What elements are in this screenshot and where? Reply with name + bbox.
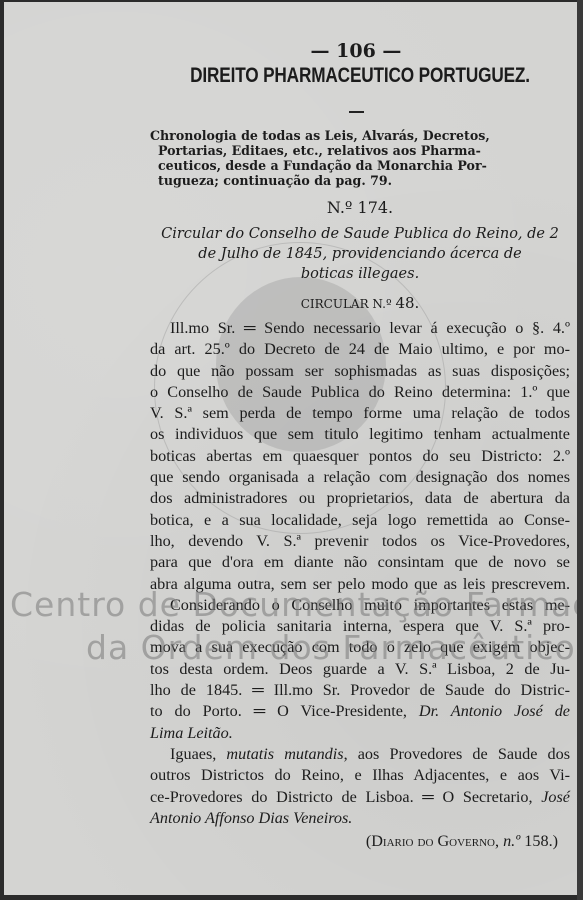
watermark-line-2: da Ordem dos Farmacêuticos bbox=[86, 628, 583, 667]
page-number: — 106 — bbox=[146, 40, 566, 62]
body-line: o Conselho de Saude Publica do Reino det… bbox=[150, 382, 570, 403]
header-rule bbox=[349, 111, 364, 113]
source-citation: (Diario do Governo, n.º 158.) bbox=[150, 831, 570, 852]
body-line: Ill.mo Sr. ═ Sendo necessario levar á ex… bbox=[150, 318, 570, 339]
body-line: Iguaes, mutatis mutandis, aos Provedores… bbox=[150, 744, 570, 765]
body-line: lho de 1845. ═ Ill.mo Sr. Provedor de Sa… bbox=[150, 680, 570, 701]
source-text: (Diario do Governo, bbox=[366, 832, 503, 850]
circular-number: 48. bbox=[395, 294, 419, 312]
signatory-name: José bbox=[541, 788, 570, 806]
body-line: boticas abertas em quaesquer pontos do s… bbox=[150, 446, 570, 467]
watermark-line-1: Centro de Documentação Farmacêutica bbox=[10, 585, 583, 624]
latin-phrase: mutatis mutandis bbox=[226, 745, 343, 763]
body-text: to do Porto. ═ O Vice-Presidente, bbox=[150, 702, 419, 720]
page-edge-shadow bbox=[577, 0, 583, 900]
body-line: ce-Provedores do Districto de Lisboa. ═ … bbox=[150, 787, 570, 808]
body-line: que sendo organisada a relação com desig… bbox=[150, 467, 570, 488]
body-text: , aos Provedores de Saude dos bbox=[344, 745, 570, 763]
signatory-name: Lima Leitão. bbox=[150, 723, 570, 744]
body-line: para que d'ora em diante não consintam q… bbox=[150, 552, 570, 573]
chronology-line: Chronologia de todas as Leis, Alvarás, D… bbox=[150, 128, 570, 143]
entry-number: N.º 174. bbox=[150, 198, 570, 217]
chronology-line: tugueza; continuação da pag. 79. bbox=[150, 173, 570, 188]
source-text: 158.) bbox=[520, 832, 558, 850]
body-line: outros Districtos do Reino, e Ilhas Adja… bbox=[150, 765, 570, 786]
circular-label: CIRCULAR N.º bbox=[301, 297, 392, 311]
signatory-name: Dr. Antonio José de bbox=[419, 702, 570, 720]
circular-heading: CIRCULAR N.º 48. bbox=[150, 294, 570, 312]
entry-title-line: boticas illegaes. bbox=[150, 264, 570, 284]
body-line: V. S.ª sem perda de tempo forme uma rela… bbox=[150, 403, 570, 424]
body-text: Iguaes, bbox=[170, 745, 226, 763]
body-line: os individuos que sem titulo legitimo te… bbox=[150, 424, 570, 445]
body-line: lho, devendo V. S.ª prevenir todos os Vi… bbox=[150, 531, 570, 552]
running-head: DIREITO PHARMACEUTICO PORTUGUEZ. bbox=[188, 64, 532, 88]
entry-title-line: Circular do Conselho de Saude Publica do… bbox=[150, 224, 570, 244]
body-text: ce-Provedores do Districto de Lisboa. ═ … bbox=[150, 788, 541, 806]
scanned-page: — 106 — DIREITO PHARMACEUTICO PORTUGUEZ.… bbox=[4, 2, 578, 895]
body-line: botica, e a sua localidade, seja logo re… bbox=[150, 510, 570, 531]
body-line: da art. 25.º do Decreto de 24 de Maio ul… bbox=[150, 339, 570, 360]
chronology-heading: Chronologia de todas as Leis, Alvarás, D… bbox=[150, 128, 570, 188]
body-line: to do Porto. ═ O Vice-Presidente, Dr. An… bbox=[150, 701, 570, 722]
entry-title-line: de Julho de 1845, providenciando ácerca … bbox=[150, 244, 570, 264]
chronology-line: ceuticos, desde a Fundação da Monarchia … bbox=[150, 158, 570, 173]
entry-title: Circular do Conselho de Saude Publica do… bbox=[150, 224, 570, 284]
chronology-line: Portarias, Editaes, etc., relativos aos … bbox=[150, 143, 570, 158]
body-line: dos administradores ou proprietarios, da… bbox=[150, 488, 570, 509]
signatory-name: Antonio Affonso Dias Veneiros. bbox=[150, 808, 570, 829]
source-number-label: n.º bbox=[503, 832, 520, 850]
body-line: do que não possam ser sophismadas as sua… bbox=[150, 361, 570, 382]
